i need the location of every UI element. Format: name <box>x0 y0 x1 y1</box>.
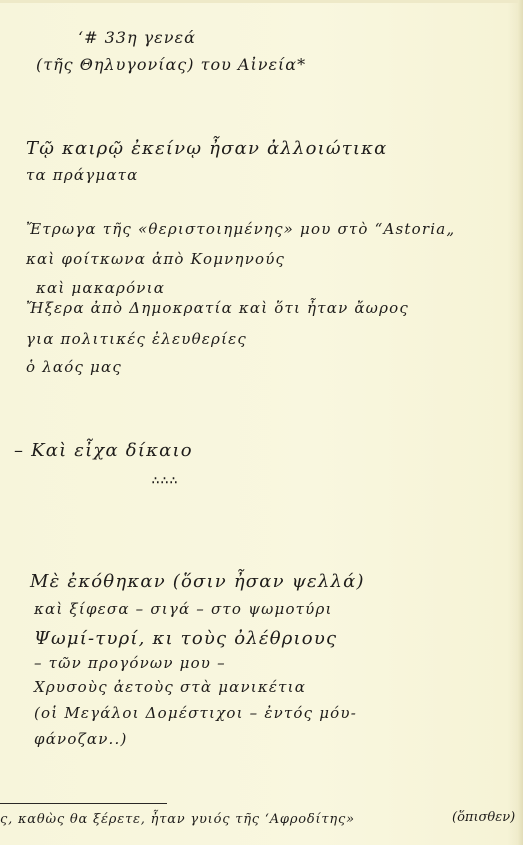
stanza3-line1: – Καὶ εἶχα δίκαιο <box>14 442 193 460</box>
stanza2-line6: ὁ λαός μας <box>26 360 122 375</box>
stanza1-line1: Τῷ καιρῷ ἐκείνῳ ἦσαν ἀλλοιώτικα <box>26 140 388 158</box>
stanza2-line1: Ἔτρωγα τῆς «θεριστοιημένης» μου στὸ “Ast… <box>26 222 455 237</box>
stanza4-line3: Ψωμί-τυρί, κι τοὺς ὀλέθριους <box>34 630 337 648</box>
footnote-turn-over-note: (ὅπισθεν) <box>452 810 515 825</box>
page-top-edge <box>0 0 523 3</box>
stanza2-line2: καὶ φοίτκωνα ἀπὸ Κομνηνούς <box>26 252 285 267</box>
stanza4-line2: καὶ ξίφεσα – σιγά – στο ψωμοτύρι <box>34 602 333 617</box>
heading-subtitle: (τῆς Θηλυγονίας) του Αἰνεία* <box>36 57 306 73</box>
stanza2-line3: καὶ μακαρόνια <box>36 281 165 296</box>
stanza2-line4: Ἤξερα ἀπὸ Δημοκρατία καὶ ὅτι ἦταν ἄωρος <box>26 301 409 316</box>
stanza4-line1: Μὲ ἐκόθηκαν (ὅσιν ἦσαν ψελλά) <box>30 573 365 591</box>
page-binding-edge <box>518 0 523 845</box>
stanza4-line5: Χρυσοὺς ἀετοὺς στὰ μανικέτια <box>34 680 306 695</box>
manuscript-page: ‘# 33η γενεά (τῆς Θηλυγονίας) του Αἰνεία… <box>0 0 523 845</box>
stanza4-line6: (οἱ Μεγάλοι Δομέστιχοι – ἐντός μόυ- <box>34 706 357 721</box>
heading-generation: ‘# 33η γενεά <box>78 30 196 46</box>
footnote-text: ς, καθὼς θα ξέρετε, ἦταν γυιός τῆς ‘Αφρο… <box>0 812 355 827</box>
stanza2-line5: για πολιτικές ἐλευθερίες <box>26 332 247 347</box>
stanza4-line7: φάνοζαν..) <box>34 732 128 747</box>
stanza1-line2: τα πράγματα <box>26 168 138 183</box>
ellipsis-dots: ∴∴∴ <box>152 478 179 484</box>
footnote-rule <box>0 803 167 804</box>
stanza4-line4: – τῶν προγόνων μου – <box>34 656 226 671</box>
